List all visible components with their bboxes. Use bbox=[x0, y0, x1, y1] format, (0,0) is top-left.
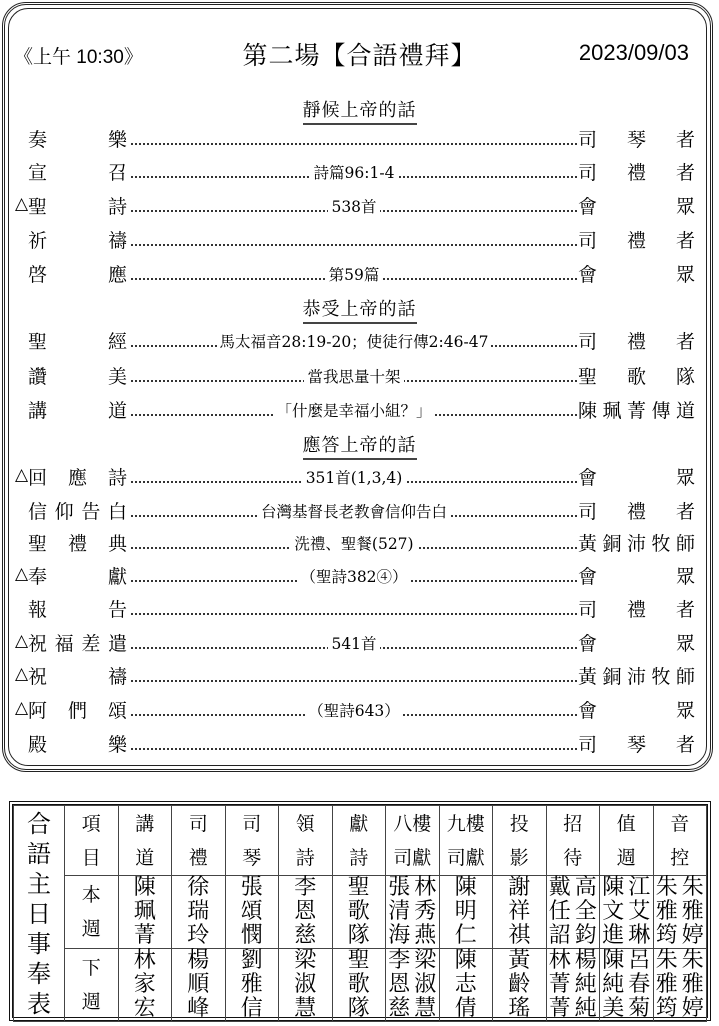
liturgy-item: △阿們頌（聖詩643）會眾 bbox=[0, 696, 719, 726]
liturgy-item: △聖詩538首會眾 bbox=[0, 192, 719, 222]
dot-leader bbox=[131, 680, 577, 682]
liturgy-item: △祝福差遣541首會眾 bbox=[0, 629, 719, 659]
roster-cell: 朱雅婷朱雅筠 bbox=[653, 876, 707, 949]
roster-cell: 呂春菊陳純美 bbox=[600, 949, 654, 1022]
dot-leader bbox=[131, 143, 577, 145]
item-label: 祈禱 bbox=[28, 226, 130, 254]
liturgy-item: 報告司禮者 bbox=[0, 595, 719, 625]
item-label: 回應詩 bbox=[28, 463, 130, 491]
item-label: 講道 bbox=[28, 396, 130, 424]
item-leader: 司琴者 bbox=[578, 730, 696, 758]
row-label: 本週 bbox=[65, 876, 119, 949]
item-detail: 541首 bbox=[328, 632, 379, 654]
item-detail: 351首(1,3,4) bbox=[303, 466, 406, 488]
section-heading: 恭受上帝的話 bbox=[0, 295, 719, 319]
item-detail: （聖詩643） bbox=[305, 699, 403, 721]
roster-row-next-week: 下週林家宏楊順峰劉雅信梁淑慧聖歌隊梁淑慧李恩慈陳志倩黃齡瑤楊純純林菁菁呂春菊陳純… bbox=[14, 949, 707, 1022]
triangle-icon: △ bbox=[15, 194, 28, 214]
roster-cell: 陳珮菁 bbox=[118, 876, 172, 949]
dot-leader bbox=[131, 244, 577, 246]
column-header: 獻詩 bbox=[332, 806, 386, 876]
item-leader: 會眾 bbox=[578, 629, 696, 657]
liturgy-item: 聖禮典洗禮、聖餐(527)黃銅沛牧師 bbox=[0, 529, 719, 559]
liturgy-item: 聖經馬太福音28:19-20；使徒行傳2:46-47司禮者 bbox=[0, 327, 719, 357]
triangle-icon: △ bbox=[15, 698, 28, 718]
roster-cell: 高全鈞戴任詔 bbox=[546, 876, 600, 949]
item-label: 聖禮典 bbox=[28, 529, 130, 557]
item-label: 啓應 bbox=[28, 260, 130, 288]
item-leader: 司禮者 bbox=[578, 327, 696, 355]
item-leader: 陳珮菁傳道 bbox=[578, 396, 696, 424]
item-leader: 會眾 bbox=[578, 260, 696, 288]
item-leader: 會眾 bbox=[578, 463, 696, 491]
liturgy-item: 祈禱司禮者 bbox=[0, 226, 719, 256]
roster-cell: 黃齡瑤 bbox=[493, 949, 547, 1022]
item-detail: 詩篇96:1-4 bbox=[311, 161, 398, 183]
roster-cell: 陳志倩 bbox=[439, 949, 493, 1022]
header: 《上午 10:30》 第二場【合語禮拜】 2023/09/03 bbox=[0, 36, 719, 70]
item-label: 聖詩 bbox=[28, 192, 130, 220]
roster-cell: 謝祥祺 bbox=[493, 876, 547, 949]
section-heading: 靜候上帝的話 bbox=[0, 96, 719, 120]
roster-cell: 李恩慈 bbox=[279, 876, 333, 949]
item-label: 祝禱 bbox=[28, 662, 130, 690]
column-header: 領詩 bbox=[279, 806, 333, 876]
item-label: 報告 bbox=[28, 595, 130, 623]
roster-title: 合語主日事奉表 bbox=[14, 806, 65, 1022]
dot-leader bbox=[131, 748, 577, 750]
liturgy-item: 奏樂司琴者 bbox=[0, 125, 719, 155]
liturgy-item: 讚美當我思量十架聖歌隊 bbox=[0, 362, 719, 392]
triangle-icon: △ bbox=[15, 631, 28, 651]
triangle-icon: △ bbox=[15, 465, 28, 485]
roster-cell: 楊純純林菁菁 bbox=[546, 949, 600, 1022]
item-leader: 黃銅沛牧師 bbox=[578, 662, 696, 690]
liturgy-item: △祝禱黃銅沛牧師 bbox=[0, 662, 719, 692]
duty-table: 合語主日事奉表項目講道司禮司琴領詩獻詩八樓司獻九樓司獻投影招待值週音控本週陳珮菁… bbox=[13, 805, 707, 1022]
item-leader: 會眾 bbox=[578, 562, 696, 590]
item-detail: 馬太福音28:19-20；使徒行傳2:46-47 bbox=[217, 330, 492, 352]
roster-cell: 陳明仁 bbox=[439, 876, 493, 949]
column-header: 司禮 bbox=[172, 806, 226, 876]
item-detail: 台灣基督長老教會信仰告白 bbox=[258, 500, 450, 522]
column-header: 講道 bbox=[118, 806, 172, 876]
item-label: 祝福差遣 bbox=[28, 629, 130, 657]
roster-cell: 劉雅信 bbox=[225, 949, 279, 1022]
roster-cell: 林家宏 bbox=[118, 949, 172, 1022]
roster-cell: 梁淑慧李恩慈 bbox=[386, 949, 440, 1022]
roster-cell: 聖歌隊 bbox=[332, 876, 386, 949]
column-header: 音控 bbox=[653, 806, 707, 876]
item-leader: 會眾 bbox=[578, 192, 696, 220]
column-header: 值週 bbox=[600, 806, 654, 876]
item-detail: 當我思量十架 bbox=[304, 365, 403, 387]
triangle-icon: △ bbox=[15, 564, 28, 584]
dot-leader bbox=[131, 613, 577, 615]
liturgy-item: △回應詩351首(1,3,4)會眾 bbox=[0, 463, 719, 493]
column-header: 招待 bbox=[546, 806, 600, 876]
item-detail: 洗禮、聖餐(527) bbox=[291, 532, 416, 554]
section-heading: 應答上帝的話 bbox=[0, 431, 719, 455]
item-leader: 黃銅沛牧師 bbox=[578, 529, 696, 557]
item-label: 聖經 bbox=[28, 327, 130, 355]
row-label: 下週 bbox=[65, 949, 119, 1022]
item-label: 殿樂 bbox=[28, 730, 130, 758]
item-leader: 司琴者 bbox=[578, 125, 696, 153]
roster-cell: 梁淑慧 bbox=[279, 949, 333, 1022]
item-leader: 司禮者 bbox=[578, 158, 696, 186]
row-label-header: 項目 bbox=[65, 806, 119, 876]
item-detail: （聖詩382④） bbox=[297, 565, 410, 587]
column-header: 投影 bbox=[493, 806, 547, 876]
item-detail: 「什麼是幸福小組？」 bbox=[273, 399, 434, 421]
item-leader: 司禮者 bbox=[578, 595, 696, 623]
item-label: 奏樂 bbox=[28, 125, 130, 153]
item-leader: 司禮者 bbox=[578, 226, 696, 254]
roster-cell: 楊順峰 bbox=[172, 949, 226, 1022]
roster-cell: 江艾琳陳文進 bbox=[600, 876, 654, 949]
service-date: 2023/09/03 bbox=[579, 40, 689, 66]
column-header: 八樓司獻 bbox=[386, 806, 440, 876]
column-header: 九樓司獻 bbox=[439, 806, 493, 876]
item-label: 宣召 bbox=[28, 158, 130, 186]
item-label: 信仰告白 bbox=[28, 497, 130, 525]
roster-cell: 朱雅婷朱雅筠 bbox=[653, 949, 707, 1022]
item-detail: 538首 bbox=[328, 195, 379, 217]
liturgy-item: 啓應第59篇會眾 bbox=[0, 260, 719, 290]
item-label: 阿們頌 bbox=[28, 696, 130, 724]
roster-cell: 徐瑞玲 bbox=[172, 876, 226, 949]
liturgy-item: 講道「什麼是幸福小組？」陳珮菁傳道 bbox=[0, 396, 719, 426]
item-leader: 聖歌隊 bbox=[578, 362, 696, 390]
item-label: 讚美 bbox=[28, 362, 130, 390]
triangle-icon: △ bbox=[15, 664, 28, 684]
item-detail: 第59篇 bbox=[326, 263, 383, 285]
roster-cell: 張頌憫 bbox=[225, 876, 279, 949]
roster-cell: 林秀燕張清海 bbox=[386, 876, 440, 949]
item-label: 奉獻 bbox=[28, 562, 130, 590]
duty-roster: 合語主日事奉表項目講道司禮司琴領詩獻詩八樓司獻九樓司獻投影招待值週音控本週陳珮菁… bbox=[9, 801, 711, 1021]
liturgy-item: △奉獻（聖詩382④）會眾 bbox=[0, 562, 719, 592]
roster-row-this-week: 本週陳珮菁徐瑞玲張頌憫李恩慈聖歌隊林秀燕張清海陳明仁謝祥祺高全鈞戴任詔江艾琳陳文… bbox=[14, 876, 707, 949]
liturgy-item: 殿樂司琴者 bbox=[0, 730, 719, 760]
column-header: 司琴 bbox=[225, 806, 279, 876]
roster-cell: 聖歌隊 bbox=[332, 949, 386, 1022]
item-leader: 司禮者 bbox=[578, 497, 696, 525]
liturgy-item: 信仰告白台灣基督長老教會信仰告白司禮者 bbox=[0, 497, 719, 527]
item-leader: 會眾 bbox=[578, 696, 696, 724]
liturgy-item: 宣召詩篇96:1-4司禮者 bbox=[0, 158, 719, 188]
